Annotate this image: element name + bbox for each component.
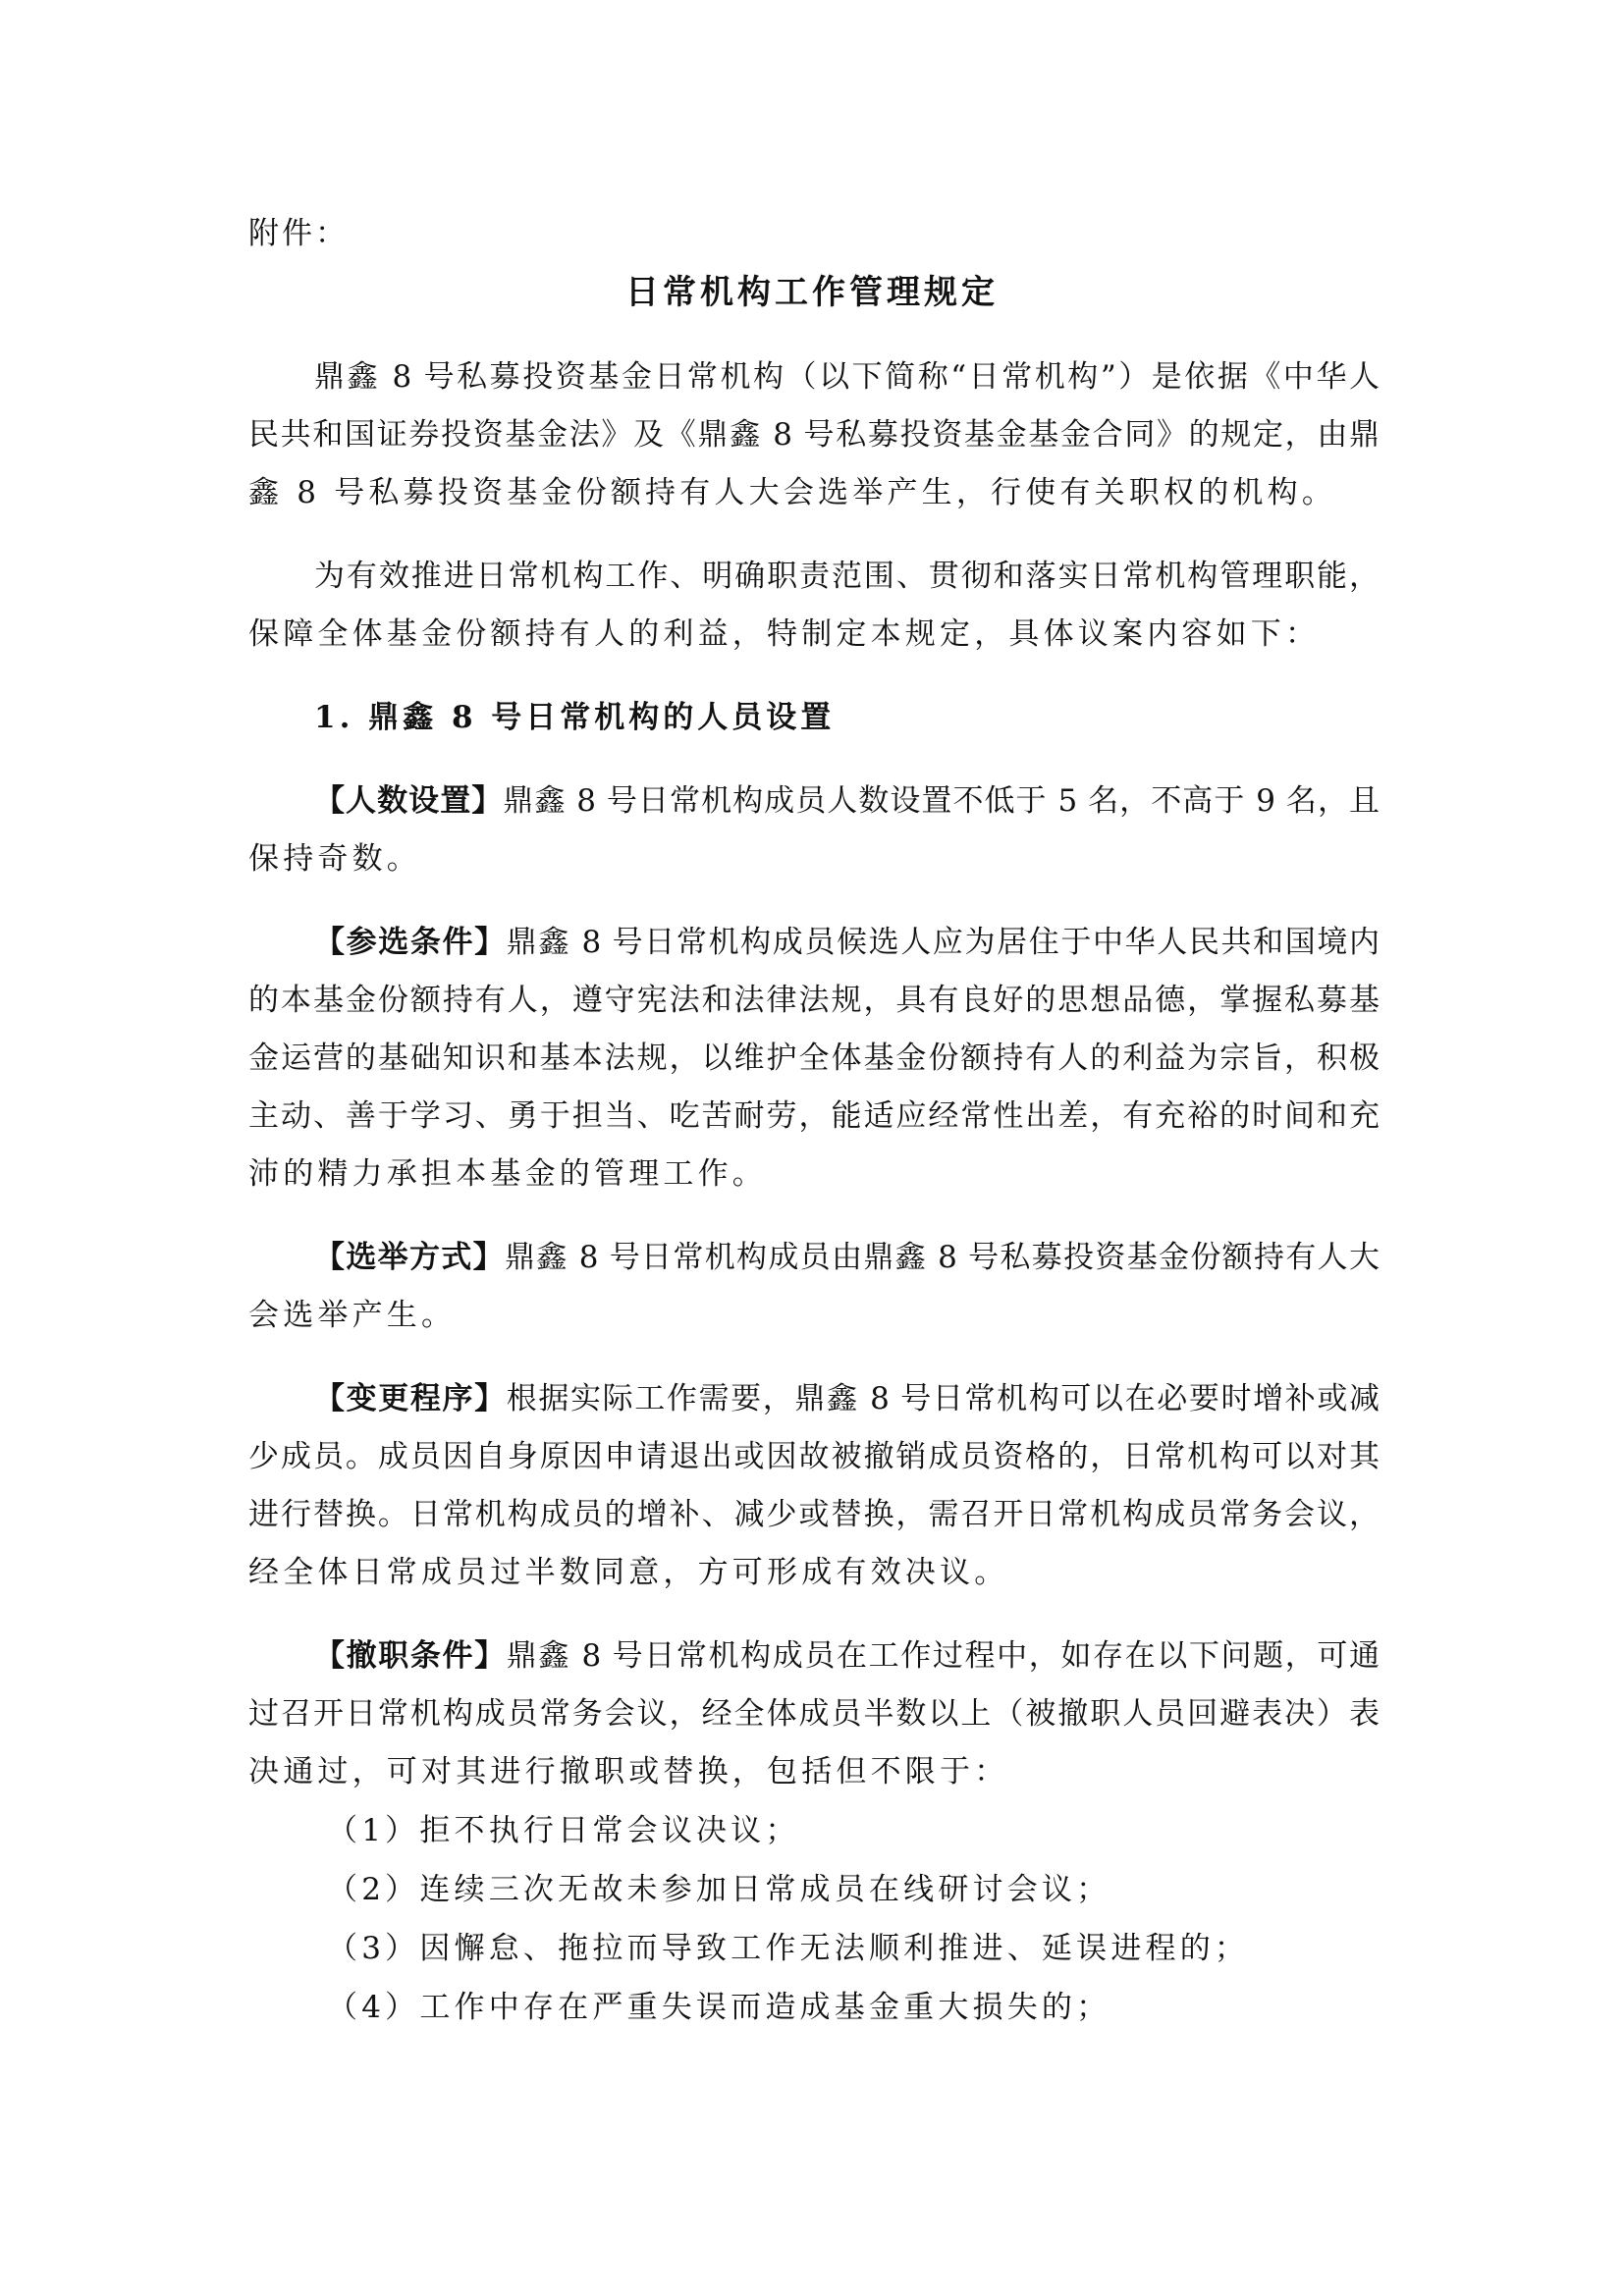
paragraph-line: 保障全体基金份额持有人的利益，特制定本规定，具体议案内容如下： [248, 606, 1380, 664]
clause-label: 【人数设置】 [314, 783, 503, 819]
clause-eligibility: 【参选条件】鼎鑫 8 号日常机构成员候选人应为居住于中华人民共和国境内 的本基金… [248, 914, 1380, 1203]
document-body: 鼎鑫 8 号私募投资基金日常机构（以下简称“日常机构”）是依据《中华人 民共和国… [248, 348, 1380, 2037]
section-heading: 1. 鼎鑫 8 号日常机构的人员设置 [248, 689, 1380, 747]
purpose-paragraph: 为有效推进日常机构工作、明确职责范围、贯彻和落实日常机构管理职能， 保障全体基金… [248, 548, 1380, 664]
paragraph-line: 为有效推进日常机构工作、明确职责范围、贯彻和落实日常机构管理职能， [248, 548, 1380, 606]
clause-first-line: 【人数设置】鼎鑫 8 号日常机构成员人数设置不低于 5 名，不高于 9 名，且 [248, 773, 1380, 830]
clause-text: 根据实际工作需要，鼎鑫 8 号日常机构可以在必要时增补或减 [507, 1381, 1380, 1416]
list-item: （2）连续三次无故未参加日常成员在线研讨会议； [248, 1860, 1380, 1919]
paragraph-line: 会选举产生。 [248, 1287, 1380, 1345]
paragraph-line: 主动、善于学习、勇于担当、吃苦耐劳，能适应经常性出差，有充裕的时间和充 [248, 1088, 1380, 1146]
clause-label: 【变更程序】 [314, 1381, 507, 1416]
clause-text: 鼎鑫 8 号日常机构成员在工作过程中，如存在以下问题，可通 [507, 1638, 1380, 1674]
list-item: （3）因懈怠、拖拉而导致工作无法顺利推进、延误进程的； [248, 1919, 1380, 1978]
paragraph-line: 的本基金份额持有人，遵守宪法和法律法规，具有良好的思想品德，掌握私募基 [248, 972, 1380, 1030]
clause-change-procedure: 【变更程序】根据实际工作需要，鼎鑫 8 号日常机构可以在必要时增补或减 少成员。… [248, 1370, 1380, 1602]
paragraph-line: 鑫 8 号私募投资基金份额持有人大会选举产生，行使有关职权的机构。 [248, 464, 1380, 522]
clause-text: 鼎鑫 8 号日常机构成员由鼎鑫 8 号私募投资基金份额持有人大 [505, 1240, 1380, 1275]
paragraph-line: 过召开日常机构成员常务会议，经全体成员半数以上（被撤职人员回避表决）表 [248, 1685, 1380, 1743]
clause-election-method: 【选举方式】鼎鑫 8 号日常机构成员由鼎鑫 8 号私募投资基金份额持有人大 会选… [248, 1229, 1380, 1345]
clause-first-line: 【选举方式】鼎鑫 8 号日常机构成员由鼎鑫 8 号私募投资基金份额持有人大 [248, 1229, 1380, 1287]
paragraph-line: 民共和国证券投资基金法》及《鼎鑫 8 号私募投资基金基金合同》的规定，由鼎 [248, 406, 1380, 464]
intro-paragraph: 鼎鑫 8 号私募投资基金日常机构（以下简称“日常机构”）是依据《中华人 民共和国… [248, 348, 1380, 522]
paragraph-line: 金运营的基础知识和基本法规，以维护全体基金份额持有人的利益为宗旨，积极 [248, 1030, 1380, 1088]
clause-first-line: 【撤职条件】鼎鑫 8 号日常机构成员在工作过程中，如存在以下问题，可通 [248, 1628, 1380, 1685]
list-item: （1）拒不执行日常会议决议； [248, 1801, 1380, 1860]
clause-label: 【选举方式】 [314, 1240, 505, 1275]
paragraph-line: 鼎鑫 8 号私募投资基金日常机构（以下简称“日常机构”）是依据《中华人 [248, 348, 1380, 406]
clause-text: 鼎鑫 8 号日常机构成员候选人应为居住于中华人民共和国境内 [507, 925, 1380, 960]
clause-headcount: 【人数设置】鼎鑫 8 号日常机构成员人数设置不低于 5 名，不高于 9 名，且 … [248, 773, 1380, 888]
list-item: （4）工作中存在严重失误而造成基金重大损失的； [248, 1978, 1380, 2037]
clause-label: 【参选条件】 [314, 925, 507, 960]
paragraph-line: 保持奇数。 [248, 830, 1380, 888]
document-title: 日常机构工作管理规定 [0, 269, 1624, 316]
paragraph-line: 决通过，可对其进行撤职或替换，包括但不限于： [248, 1743, 1380, 1801]
paragraph-line: 沛的精力承担本基金的管理工作。 [248, 1146, 1380, 1203]
clause-first-line: 【参选条件】鼎鑫 8 号日常机构成员候选人应为居住于中华人民共和国境内 [248, 914, 1380, 972]
clause-dismissal-conditions: 【撤职条件】鼎鑫 8 号日常机构成员在工作过程中，如存在以下问题，可通 过召开日… [248, 1628, 1380, 1801]
paragraph-line: 经全体日常成员过半数同意，方可形成有效决议。 [248, 1544, 1380, 1602]
dismissal-list: （1）拒不执行日常会议决议； （2）连续三次无故未参加日常成员在线研讨会议； （… [248, 1801, 1380, 2037]
paragraph-line: 进行替换。日常机构成员的增补、减少或替换，需召开日常机构成员常务会议， [248, 1486, 1380, 1544]
document-page: 附件： 日常机构工作管理规定 鼎鑫 8 号私募投资基金日常机构（以下简称“日常机… [0, 0, 1624, 2296]
paragraph-line: 少成员。成员因自身原因申请退出或因故被撤销成员资格的，日常机构可以对其 [248, 1428, 1380, 1486]
clause-text: 鼎鑫 8 号日常机构成员人数设置不低于 5 名，不高于 9 名，且 [503, 783, 1380, 819]
clause-label: 【撤职条件】 [314, 1638, 507, 1674]
attachment-label: 附件： [248, 211, 349, 256]
clause-first-line: 【变更程序】根据实际工作需要，鼎鑫 8 号日常机构可以在必要时增补或减 [248, 1370, 1380, 1428]
